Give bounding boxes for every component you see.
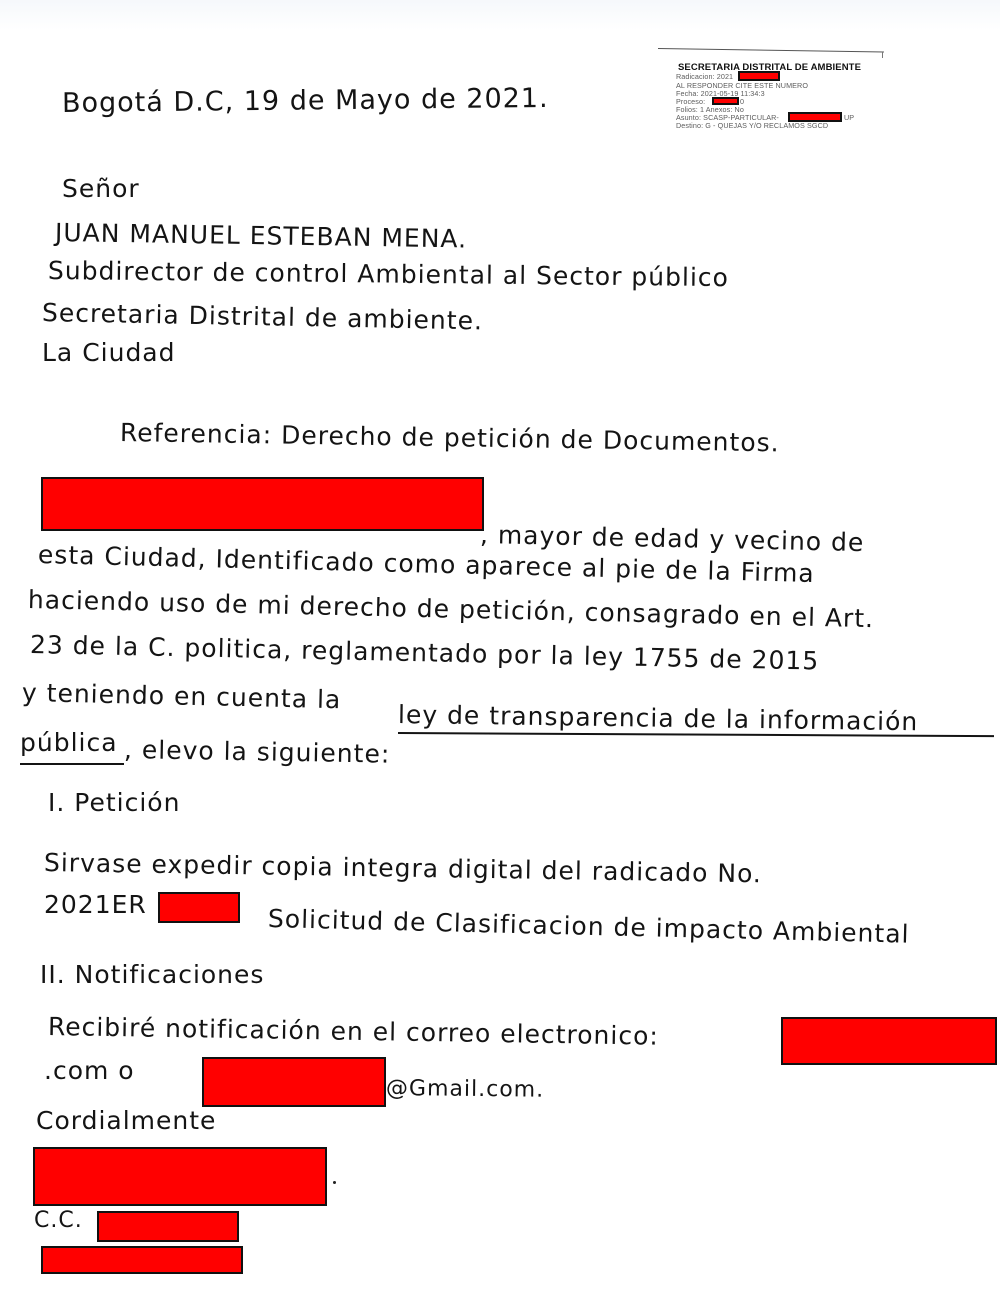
transparency-law-link-text: ley de transparencia de la información xyxy=(398,700,919,736)
scan-noise xyxy=(0,0,1000,30)
body-line-5a: y teniendo en cuenta la xyxy=(22,678,342,714)
cc-label: C.C. xyxy=(34,1208,83,1233)
redaction-email-2 xyxy=(202,1057,386,1107)
stamp-border-corner xyxy=(882,52,885,58)
petition-radicado-prefix: 2021ER xyxy=(44,890,147,919)
reference-line: Referencia: Derecho de petición de Docum… xyxy=(120,418,780,457)
body-line-6b: , elevo la siguiente: xyxy=(124,735,391,769)
stamp-border-line xyxy=(658,48,884,53)
notification-line-2-prefix: .com o xyxy=(44,1056,135,1085)
receipt-stamp: SECRETARIA DISTRITAL DE AMBIENTE Radicac… xyxy=(668,48,890,143)
petition-line-2: Solicitud de Clasificacion de impacto Am… xyxy=(268,904,910,949)
closing: Cordialmente xyxy=(36,1106,216,1135)
stamp-radicacion: Radicacion: 2021 xyxy=(676,72,733,81)
recipient-name: JUAN MANUEL ESTEBAN MENA. xyxy=(55,218,467,253)
scanned-letter-page: SECRETARIA DISTRITAL DE AMBIENTE Radicac… xyxy=(0,0,1000,1306)
section-1-title: I. Petición xyxy=(48,788,180,817)
redaction-stamp-radicacion xyxy=(738,71,780,81)
underline-publica xyxy=(20,763,124,765)
body-line-3: haciendo uso de mi derecho de petición, … xyxy=(28,585,875,633)
recipient-title: Subdirector de control Ambiental al Sect… xyxy=(48,256,729,292)
body-line-6a: pública xyxy=(20,728,118,757)
section-2-title: II. Notificaciones xyxy=(40,960,264,989)
redaction-email-1 xyxy=(781,1017,997,1065)
ink-dot xyxy=(333,1181,336,1184)
redaction-radicado-number xyxy=(158,892,240,923)
salutation: Señor xyxy=(62,174,140,203)
stamp-asunto-suffix: UP xyxy=(844,113,854,122)
notification-line-2-suffix: @Gmail.com. xyxy=(386,1076,544,1103)
body-line-4: 23 de la C. politica, reglamentado por l… xyxy=(30,630,820,676)
stamp-destino: Destino: G - QUEJAS Y/O RECLAMOS SGCD xyxy=(676,121,828,130)
redaction-cc-number xyxy=(97,1211,239,1242)
redaction-signature xyxy=(33,1147,327,1206)
redaction-stamp-proceso xyxy=(712,97,739,105)
recipient-city: La Ciudad xyxy=(42,338,176,367)
redaction-sender-name xyxy=(41,477,484,531)
place-date: Bogotá D.C, 19 de Mayo de 2021. xyxy=(62,83,549,119)
notification-line-1: Recibiré notificación en el correo elect… xyxy=(48,1012,659,1051)
petition-line-1: Sirvase expedir copia integra digital de… xyxy=(44,848,762,888)
recipient-org: Secretaria Distrital de ambiente. xyxy=(42,298,484,335)
redaction-printed-name xyxy=(41,1246,243,1274)
